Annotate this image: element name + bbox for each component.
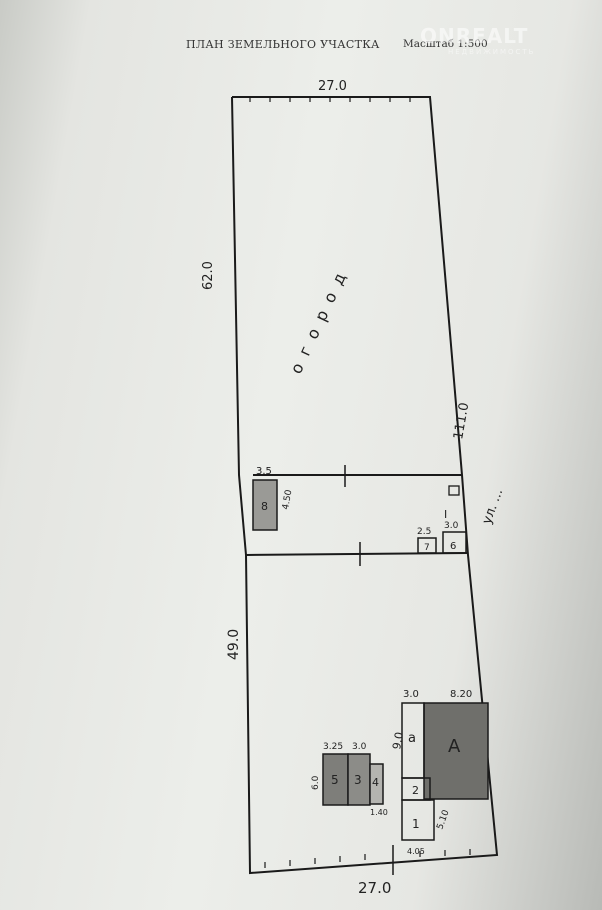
plot-plan-drawing: 27.0 27.0 62.0 49.0 111.0 огород ул. ...… xyxy=(0,0,602,910)
garden-label: огород xyxy=(286,261,354,377)
b1-width: 4.05 xyxy=(407,847,425,856)
b6-width: 3.0 xyxy=(444,521,459,531)
b8-width: 3.5 xyxy=(256,466,272,477)
b4-width: 1.40 xyxy=(370,808,388,817)
b7-width: 2.5 xyxy=(417,527,431,537)
b5-width: 3.25 xyxy=(323,742,343,752)
annex-width: 3.0 xyxy=(403,689,419,700)
b8-length: 4.50 xyxy=(281,489,294,511)
b3-width: 3.0 xyxy=(352,742,367,752)
b1-label: 1 xyxy=(412,817,420,831)
b1-length: 5.10 xyxy=(435,809,451,832)
b2-label: 2 xyxy=(412,784,419,797)
b6-label: 6 xyxy=(450,541,456,552)
house-width: 8.20 xyxy=(450,689,472,700)
annex-length: 9.0 xyxy=(390,731,406,750)
left-lower-length-label: 49.0 xyxy=(226,629,242,660)
b3-label: 3 xyxy=(354,773,362,787)
annex-label: а xyxy=(408,731,416,746)
b4-label: 4 xyxy=(372,776,379,789)
street-label: ул. ... xyxy=(480,487,507,527)
b7-label: 7 xyxy=(424,543,430,553)
b8-label: 8 xyxy=(261,500,268,513)
gate-box xyxy=(449,486,459,495)
top-width-label: 27.0 xyxy=(318,79,347,94)
bottom-width-label: 27.0 xyxy=(358,879,391,897)
b5-height: 6.0 xyxy=(311,775,321,790)
house-label: А xyxy=(448,736,461,757)
b5-label: 5 xyxy=(331,773,339,787)
gate-label: I xyxy=(444,508,447,521)
left-upper-length-label: 62.0 xyxy=(201,261,216,290)
right-length-label: 111.0 xyxy=(451,401,472,440)
